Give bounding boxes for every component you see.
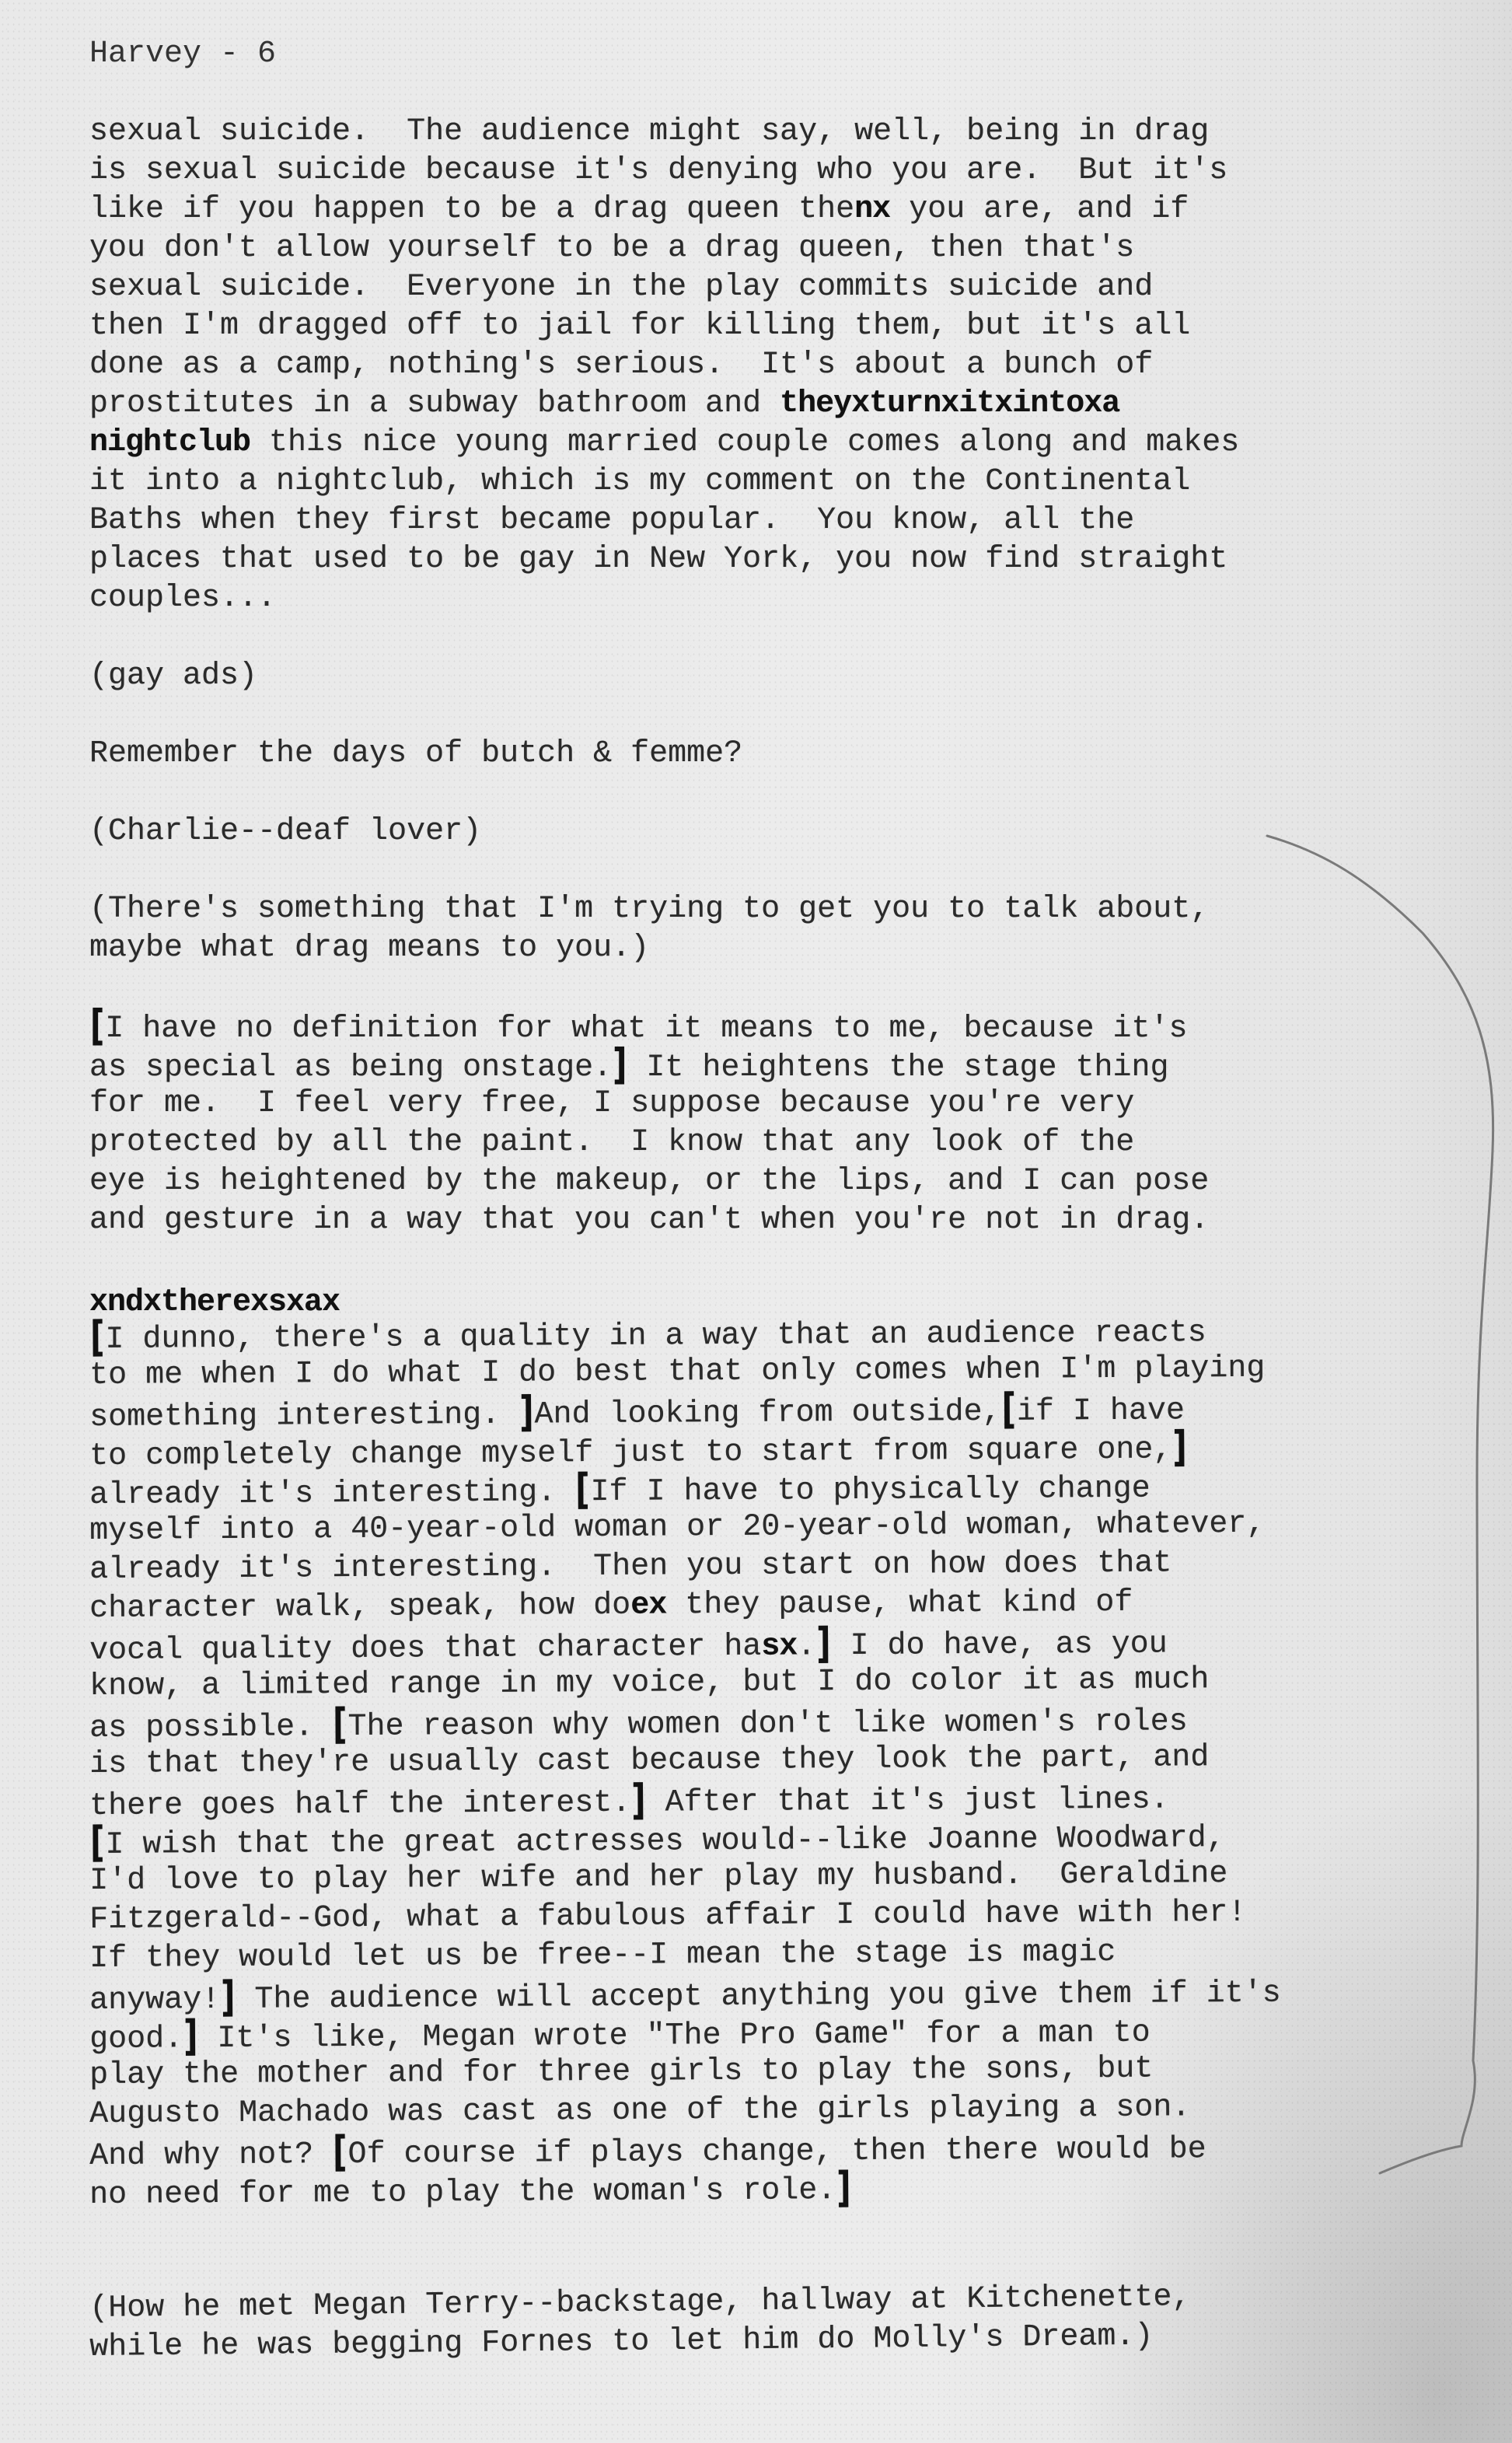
close-bracket-mark-icon: ] <box>631 1775 646 1826</box>
text-run: and gesture in a way that you can't when… <box>89 1203 1209 1238</box>
text-run: vocal quality does that character ha <box>89 1630 761 1669</box>
text-run: already it's interesting. Then you start… <box>89 1546 1172 1588</box>
text-run: Augusto Machado was cast as one of the g… <box>89 2090 1190 2132</box>
text-run: sexual suicide. The audience might say, … <box>89 114 1209 149</box>
definition-paragraph-line: for me. I feel very free, I suppose beca… <box>89 1085 1134 1123</box>
quality-paragraph-line: Fitzgerald--God, what a fabulous affair … <box>89 1895 1247 1939</box>
open-bracket-mark-icon: [ <box>333 2127 347 2178</box>
text-run: Fitzgerald--God, what a fabulous affair … <box>89 1896 1246 1938</box>
text-run: like if you happen to be a drag queen th… <box>89 192 854 227</box>
sexual-suicide-paragraph-line: it into a nightclub, which is my comment… <box>89 463 1190 501</box>
text-run: And why not? <box>89 2137 332 2174</box>
close-bracket-mark-icon: ] <box>1172 1422 1187 1473</box>
text-run: is sexual suicide because it's denying w… <box>89 153 1227 188</box>
close-bracket-mark-icon: ] <box>816 1619 831 1669</box>
open-bracket-mark-icon: [ <box>90 1817 105 1868</box>
text-run: protected by all the paint. I know that … <box>89 1125 1134 1160</box>
open-bracket-mark-icon: [ <box>575 1465 590 1515</box>
quality-paragraph-line: to me when I do what I do best that only… <box>89 1351 1266 1395</box>
definition-paragraph-line: protected by all the paint. I know that … <box>89 1124 1134 1162</box>
note-gay-ads-line: (gay ads) <box>89 658 257 695</box>
open-bracket-mark-icon: [ <box>90 1312 105 1362</box>
close-bracket-mark-icon: ] <box>183 2011 198 2062</box>
struck-out-text: nx <box>854 192 890 227</box>
text-run: (Charlie--deaf lover) <box>89 814 481 849</box>
text-run: It's like, Megan wrote "The Pro Game" fo… <box>198 2016 1150 2057</box>
sexual-suicide-paragraph-line: places that used to be gay in New York, … <box>89 541 1227 578</box>
text-run: It heightens the stage thing <box>627 1050 1168 1085</box>
text-run: couples... <box>89 581 276 616</box>
struck-out-text: xndxtherexsxax <box>89 1285 340 1320</box>
close-bracket-mark-icon: ] <box>519 1387 534 1438</box>
sexual-suicide-paragraph-line: sexual suicide. The audience might say, … <box>89 114 1209 151</box>
close-bracket-mark-icon: ] <box>221 1972 236 2022</box>
text-run: Of course if plays change, then there wo… <box>347 2132 1206 2172</box>
text-run: I do have, as you <box>831 1627 1167 1665</box>
sexual-suicide-paragraph-line: is sexual suicide because it's denying w… <box>89 152 1227 190</box>
definition-paragraph-line: as special as being onstage.] It heighte… <box>89 1047 1169 1087</box>
text-run: sexual suicide. Everyone in the play com… <box>89 270 1153 305</box>
text-run: if I have <box>1017 1393 1185 1429</box>
quality-paragraph-line: If they would let us be free--I mean the… <box>89 1934 1116 1978</box>
interviewer-prompt-line: (There's something that I'm trying to ge… <box>89 891 1209 928</box>
text-run: for me. I feel very free, I suppose beca… <box>89 1086 1134 1121</box>
text-run: If they would let us be free--I mean the… <box>89 1935 1116 1976</box>
sexual-suicide-paragraph-line: like if you happen to be a drag queen th… <box>89 191 1189 229</box>
text-run: it into a nightclub, which is my comment… <box>89 464 1190 499</box>
text-run: Remember the days of butch & femme? <box>89 736 742 771</box>
quality-paragraph-line: know, a limited range in my voice, but I… <box>89 1662 1210 1706</box>
text-run: as possible. <box>89 1710 332 1746</box>
definition-paragraph-line: [I have no definition for what it means … <box>89 1008 1188 1048</box>
text-run: Baths when they first became popular. Yo… <box>89 503 1134 538</box>
open-bracket-mark-icon: [ <box>90 1001 104 1052</box>
text-run: I have no definition for what it means t… <box>105 1012 1187 1047</box>
text-run: . <box>797 1629 815 1664</box>
text-run: The audience will accept anything you gi… <box>236 1976 1280 2018</box>
text-run: maybe what drag means to you.) <box>89 931 649 966</box>
text-run: you don't allow yourself to be a drag qu… <box>89 231 1134 266</box>
question-butch-femme-line: Remember the days of butch & femme? <box>89 736 742 773</box>
text-run: I'd love to play her wife and her play m… <box>89 1857 1227 1899</box>
definition-paragraph-line: and gesture in a way that you can't when… <box>89 1202 1209 1239</box>
text-run: know, a limited range in my voice, but I… <box>89 1662 1209 1704</box>
quality-paragraph-line: is that they're usually cast because the… <box>89 1739 1210 1784</box>
text-run: eye is heightened by the makeup, or the … <box>89 1164 1209 1199</box>
text-run: to me when I do what I do best that only… <box>89 1351 1265 1393</box>
note-charlie-line: (Charlie--deaf lover) <box>89 813 481 851</box>
sexual-suicide-paragraph-line: done as a camp, nothing's serious. It's … <box>89 347 1153 384</box>
text-run: then I'm dragged off to jail for killing… <box>89 309 1190 344</box>
sexual-suicide-paragraph-line: sexual suicide. Everyone in the play com… <box>89 269 1153 306</box>
interviewer-prompt-line: maybe what drag means to you.) <box>89 930 649 967</box>
sexual-suicide-paragraph-line: then I'm dragged off to jail for killing… <box>89 308 1190 345</box>
open-bracket-mark-icon: [ <box>1001 1384 1016 1435</box>
text-run: places that used to be gay in New York, … <box>89 542 1227 577</box>
text-run: (gay ads) <box>89 659 257 694</box>
quality-paragraph-line: no need for me to play the woman's role.… <box>89 2169 852 2214</box>
text-run: If I have to physically change <box>590 1472 1150 1510</box>
text-run: And looking from outside, <box>534 1395 1000 1433</box>
text-run: as special as being onstage. <box>89 1050 612 1085</box>
close-bracket-mark-icon: ] <box>836 2163 851 2214</box>
quality-paragraph-line: character walk, speak, how doex they pau… <box>89 1585 1133 1628</box>
text-run: no need for me to play the woman's role. <box>89 2173 836 2213</box>
text-run: is that they're usually cast because the… <box>89 1740 1209 1782</box>
close-bracket-mark-icon: ] <box>613 1040 627 1091</box>
quality-paragraph-line: myself into a 40-year-old woman or 20-ye… <box>89 1506 1266 1550</box>
text-run: anyway! <box>89 1983 220 2018</box>
text-run: myself into a 40-year-old woman or 20-ye… <box>89 1507 1265 1549</box>
text-run: (There's something that I'm trying to ge… <box>89 892 1209 927</box>
quality-paragraph-line: play the mother and for three girls to p… <box>89 2051 1154 2095</box>
text-run: done as a camp, nothing's serious. It's … <box>89 348 1153 383</box>
sexual-suicide-paragraph-line: nightclub this nice young married couple… <box>89 425 1239 462</box>
sexual-suicide-paragraph-line: you don't allow yourself to be a drag qu… <box>89 230 1134 267</box>
typewritten-page: Harvey - 6 sexual suicide. The audience … <box>0 0 1512 2443</box>
text-run: there goes half the interest. <box>89 1786 630 1824</box>
text-run: good. <box>89 2022 183 2057</box>
quality-paragraph-line: Augusto Machado was cast as one of the g… <box>89 2089 1191 2134</box>
text-run: already it's interesting. <box>89 1475 574 1513</box>
sexual-suicide-paragraph-line: Baths when they first became popular. Yo… <box>89 502 1134 540</box>
page-header: Harvey - 6 <box>89 36 276 73</box>
struck-out-text: ex <box>630 1588 666 1623</box>
text-run: they pause, what kind of <box>666 1585 1133 1623</box>
sexual-suicide-paragraph-line: prostitutes in a subway bathroom and the… <box>89 386 1119 423</box>
text-run: The reason why women don't like women's … <box>347 1704 1187 1745</box>
struck-out-text: theyxturnxitxintoxa <box>780 386 1119 421</box>
text-run: play the mother and for three girls to p… <box>89 2052 1153 2093</box>
quality-paragraph-line: I'd love to play her wife and her play m… <box>89 1856 1228 1900</box>
text-run: this nice young married couple comes alo… <box>250 425 1239 460</box>
text-run: After that it's just lines. <box>646 1783 1168 1821</box>
text-run: you are, and if <box>890 192 1189 227</box>
text-run: something interesting. <box>89 1398 519 1435</box>
quality-paragraph-line: And why not? [Of course if plays change,… <box>89 2128 1206 2176</box>
open-bracket-mark-icon: [ <box>333 1700 347 1750</box>
struck-line-line: xndxtherexsxax <box>89 1284 340 1322</box>
struck-out-text: nightclub <box>89 425 250 460</box>
text-run: character walk, speak, how do <box>89 1588 630 1627</box>
sexual-suicide-paragraph-line: couples... <box>89 580 276 617</box>
text-run: prostitutes in a subway bathroom and <box>89 386 780 421</box>
definition-paragraph-line: eye is heightened by the makeup, or the … <box>89 1163 1209 1201</box>
quality-paragraph-line: already it's interesting. Then you start… <box>89 1545 1172 1589</box>
struck-out-text: sx <box>761 1629 797 1664</box>
